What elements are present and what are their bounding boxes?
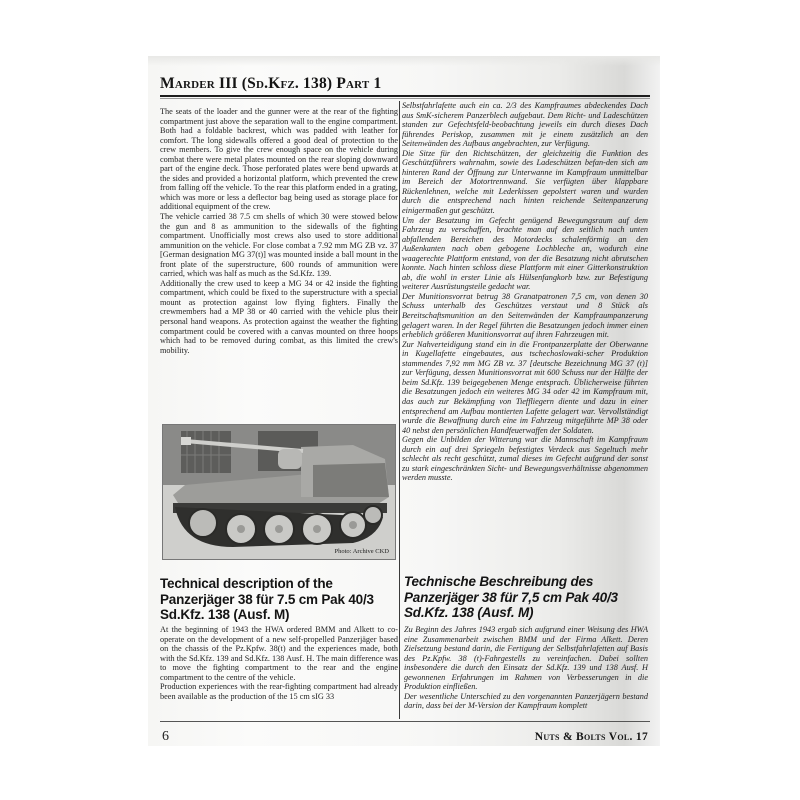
- tank-illustration-icon: [163, 425, 395, 559]
- paragraph: At the beginning of 1943 the HWA ordered…: [160, 625, 398, 682]
- paragraph: Um der Besatzung im Gefecht genügend Bew…: [402, 216, 648, 292]
- section-heading-german: Technische Beschreibung des Panzerjäger …: [404, 574, 650, 621]
- page-number: 6: [162, 729, 169, 745]
- page-shadow: [148, 56, 660, 66]
- right-column-german: Selbstfahrlafette auch ein ca. 2/3 des K…: [402, 101, 648, 483]
- paragraph: Additionally the crew used to keep a MG …: [160, 279, 398, 355]
- paragraph: Gegen die Unbilden der Witterung war die…: [402, 435, 648, 483]
- paragraph: Die Sitze für den Richtschützen, der gle…: [402, 149, 648, 216]
- footer-publication-title: Nuts & Bolts Vol. 17: [535, 731, 648, 743]
- magazine-page: Marder III (Sd.Kfz. 138) Part 1 The seat…: [148, 56, 660, 746]
- paragraph: Der wesentliche Unterschied zu den vorge…: [404, 692, 648, 711]
- paragraph: Production experiences with the rear-fig…: [160, 682, 398, 701]
- section-heading-english: Technical description of the Panzerjäger…: [160, 576, 400, 623]
- running-head: Marder III (Sd.Kfz. 138) Part 1: [160, 75, 381, 93]
- paragraph: The vehicle carried 38 7.5 cm shells of …: [160, 212, 398, 279]
- paragraph: Zu Beginn des Jahres 1943 ergab sich auf…: [404, 625, 648, 692]
- header-rule-thin: [160, 98, 650, 99]
- paragraph: Selbstfahrlafette auch ein ca. 2/3 des K…: [402, 101, 648, 149]
- tank-photo: Photo: Archive CKD: [162, 424, 396, 560]
- footer-rule: [160, 721, 650, 722]
- photo-credit: Photo: Archive CKD: [334, 548, 389, 555]
- left-column-english: The seats of the loader and the gunner w…: [160, 107, 398, 355]
- column-divider: [399, 101, 400, 719]
- section-body-german: Zu Beginn des Jahres 1943 ergab sich auf…: [404, 625, 648, 711]
- header-rule: [160, 95, 650, 97]
- section-body-english: At the beginning of 1943 the HWA ordered…: [160, 625, 398, 701]
- paragraph: Zur Nahverteidigung stand ein in die Fro…: [402, 340, 648, 435]
- paragraph: The seats of the loader and the gunner w…: [160, 107, 398, 212]
- paragraph: Der Munitionsvorrat betrug 38 Granatpatr…: [402, 292, 648, 340]
